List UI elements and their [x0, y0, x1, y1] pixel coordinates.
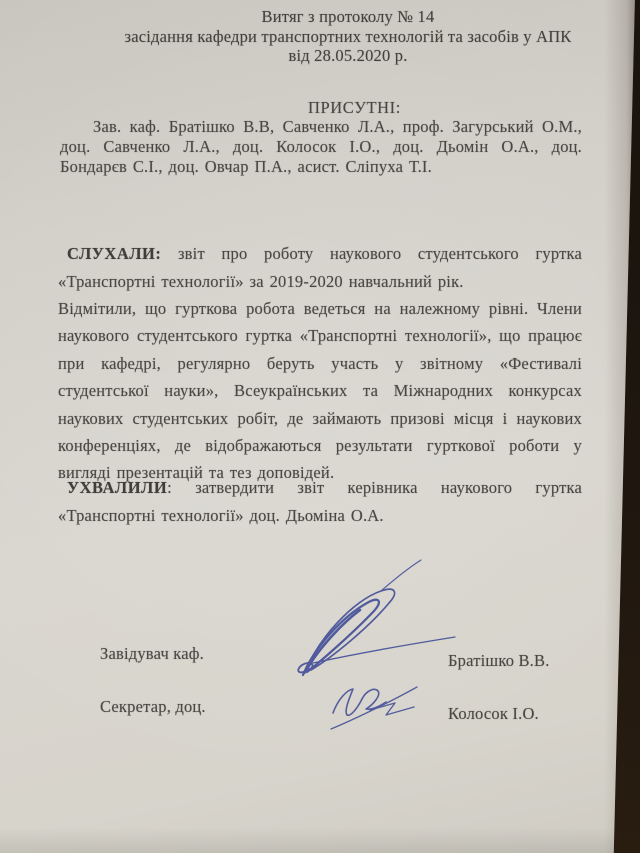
signature-name-chair: Братішко В.В. [448, 651, 550, 671]
resolved-paragraph: УХВАЛИЛИ: затвердити звіт керівника наук… [58, 474, 582, 529]
title-line-2: засідання кафедри транспортних технологі… [88, 27, 608, 47]
present-paragraph: Зав. каф. Братішко В.В, Савченко Л.А., п… [60, 117, 582, 176]
paper-bottom-shadow [0, 827, 640, 853]
title-line-1: Витяг з протоколу № 14 [88, 7, 608, 27]
signature-role-chair: Завідувач каф. [100, 644, 204, 664]
heard-paragraph: СЛУХАЛИ: звіт про роботу наукового студе… [58, 240, 582, 295]
handwritten-signature-chair [298, 560, 455, 675]
document-title-block: Витяг з протоколу № 14 засідання кафедри… [88, 7, 608, 66]
resolved-label: УХВАЛИЛИ [67, 478, 167, 497]
photo-of-document: { "colors": { "paper": "#d6d3cc", "ink":… [0, 0, 640, 853]
paper-right-edge-shadow [604, 0, 640, 853]
present-heading: ПРИСУТНІ: [308, 98, 401, 117]
signature-name-secretary: Колосок І.О. [448, 704, 539, 724]
document-paper: Витяг з протоколу № 14 засідання кафедри… [0, 0, 640, 853]
handwritten-signature-secretary [331, 687, 417, 729]
signature-role-secretary: Секретар, доц. [100, 697, 206, 717]
heard-label: СЛУХАЛИ: [67, 244, 161, 263]
noted-paragraph: Відмітили, що гурткова робота ведеться н… [58, 295, 582, 487]
title-line-3: від 28.05.2020 р. [88, 46, 608, 66]
